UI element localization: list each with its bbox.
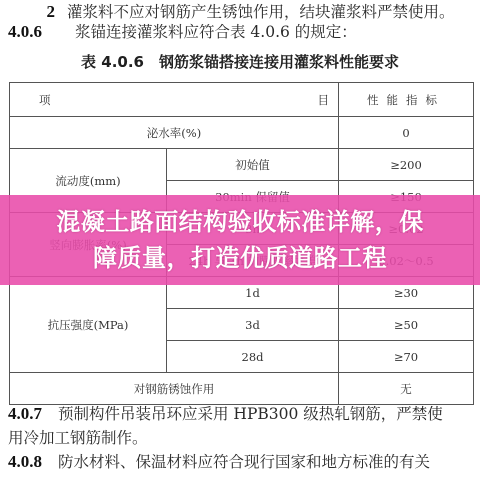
table-row: 流动度(mm) 初始值 ≥200	[10, 149, 474, 181]
clause-number: 4.0.7	[8, 404, 42, 424]
row-label: 对钢筋锈蚀作用	[10, 373, 339, 405]
clause-4-0-7-cont: 用冷加工钢筋制作。	[8, 428, 480, 448]
table-caption: 表 4.0.6 钢筋浆锚搭接连接用灌浆料性能要求	[0, 51, 480, 72]
row-sub: 初始值	[167, 149, 339, 181]
row-sub: 28d	[167, 341, 339, 373]
row-value: ≥200	[339, 149, 474, 181]
clause-number: 4.0.8	[8, 452, 42, 472]
title-banner: 混凝土路面结构验收标准详解，保 障质量，打造优质道路工程	[0, 195, 480, 285]
clause-4-0-8: 4.0.8防水材料、保温材料应符合现行国家和地方标准的有关	[0, 452, 480, 472]
clause-text: 预制构件吊装吊环应采用 HPB300 级热轧钢筋，严禁使	[58, 405, 443, 423]
row-group: 抗压强度(MPa)	[10, 277, 167, 373]
row-sub: 3d	[167, 309, 339, 341]
clause-2: 2灌浆料不应对钢筋产生锈蚀作用，结块灌浆料严禁使用。	[0, 2, 480, 22]
row-value: ≥70	[339, 341, 474, 373]
banner-title-line2: 障质量，打造优质道路工程	[93, 240, 387, 276]
clause-number: 2	[0, 2, 55, 22]
banner-title-line1: 混凝土路面结构验收标准详解，保	[56, 204, 424, 240]
row-value: ≥50	[339, 309, 474, 341]
clause-text: 灌浆料不应对钢筋产生锈蚀作用，结块灌浆料严禁使用。	[67, 3, 455, 21]
clause-text: 防水材料、保温材料应符合现行国家和地方标准的有关	[58, 453, 430, 471]
table-header-row: 项目 性能指标	[10, 83, 474, 117]
row-label: 泌水率(%)	[10, 117, 339, 149]
clause-text: 用冷加工钢筋制作。	[8, 429, 148, 447]
clause-number: 4.0.6	[8, 22, 63, 42]
clause-4-0-6: 4.0.6浆锚连接灌浆料应符合表 4.0.6 的规定：	[0, 22, 480, 42]
table-row: 对钢筋锈蚀作用 无	[10, 373, 474, 405]
row-value: 无	[339, 373, 474, 405]
header-item: 项目	[10, 83, 339, 117]
clause-4-0-7: 4.0.7预制构件吊装吊环应采用 HPB300 级热轧钢筋，严禁使	[0, 404, 480, 424]
row-value: 0	[339, 117, 474, 149]
header-requirement: 性能指标	[339, 83, 474, 117]
table-row: 泌水率(%) 0	[10, 117, 474, 149]
clause-text: 浆锚连接灌浆料应符合表 4.0.6 的规定：	[75, 23, 357, 41]
